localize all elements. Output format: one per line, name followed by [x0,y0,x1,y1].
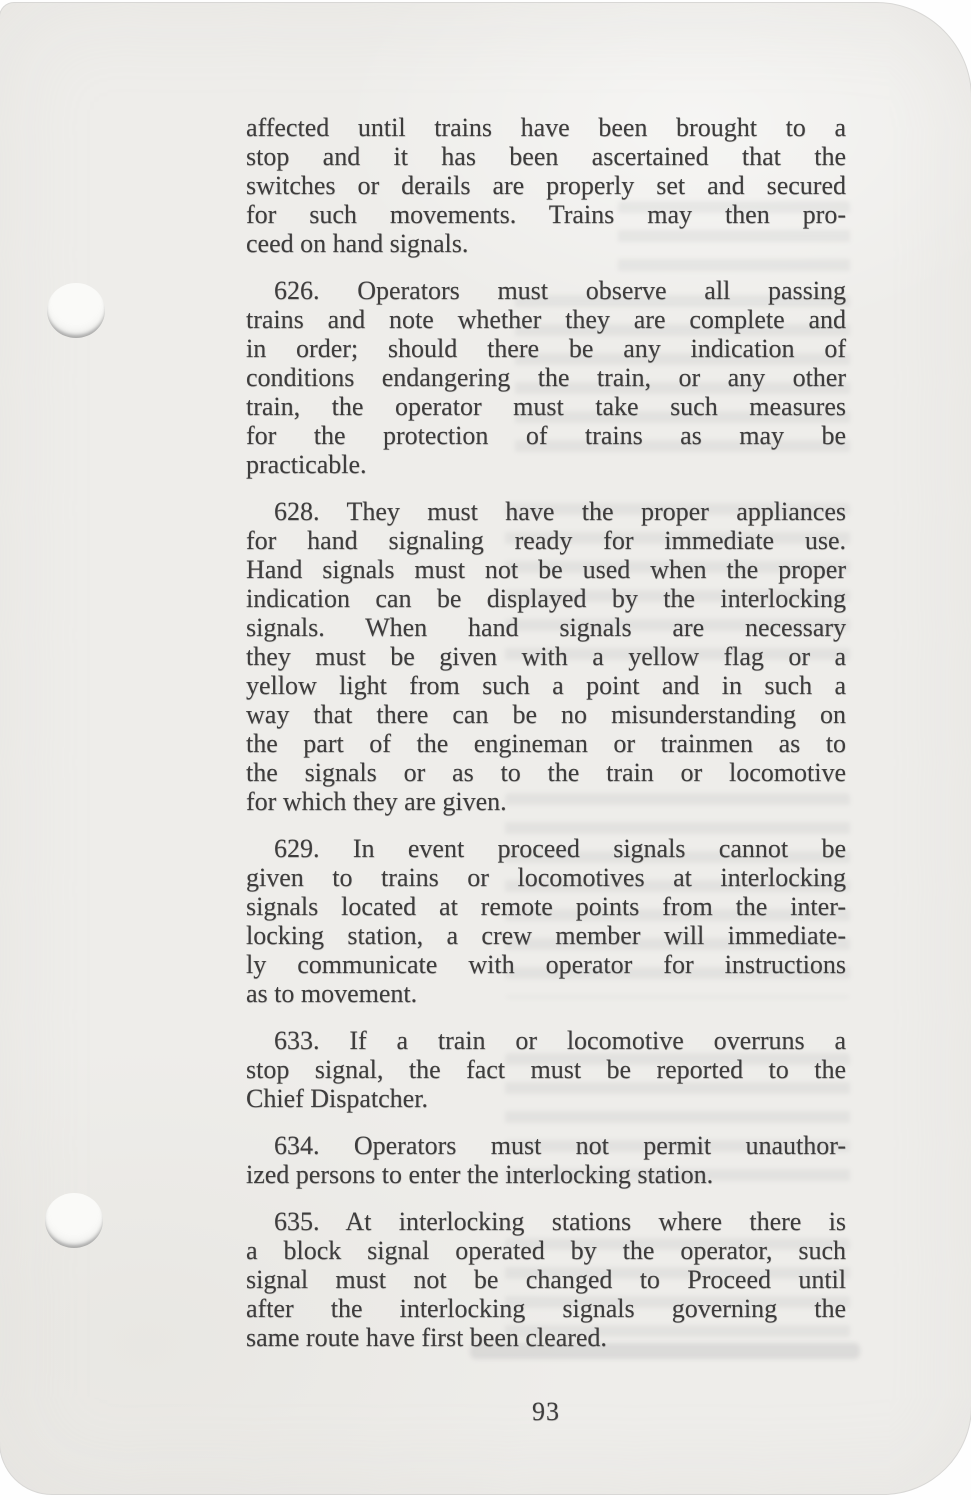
text-line: 628. They must have the proper appliance… [246,497,846,526]
paragraph: 626. Operators must observe all passingt… [246,276,846,479]
text-line: given to trains or locomotives at interl… [246,863,846,892]
text-line: they must be given with a yellow flag or… [246,642,846,671]
punch-hole-bottom [45,1193,103,1248]
text-line: ly communicate with operator for instruc… [246,950,846,979]
paragraph: affected until trains have been brought … [246,113,846,258]
text-line: 633. If a train or locomotive overruns a [246,1026,846,1055]
book-page: affected until trains have been brought … [0,3,971,1494]
text-line: 635. At interlocking stations where ther… [246,1207,846,1236]
text-line: ized persons to enter the interlocking s… [246,1160,846,1189]
text-line: the part of the engineman or trainmen as… [246,729,846,758]
text-line: 634. Operators must not permit unauthor- [246,1131,846,1160]
text-line: same route have first been cleared. [246,1323,846,1352]
page-number: 93 [246,1397,846,1427]
text-line: Chief Dispatcher. [246,1084,846,1113]
paragraph: 635. At interlocking stations where ther… [246,1207,846,1352]
text-line: stop and it has been ascertained that th… [246,142,846,171]
paragraph: 634. Operators must not permit unauthor-… [246,1131,846,1189]
page-text: affected until trains have been brought … [246,113,846,1352]
text-line: as to movement. [246,979,846,1008]
text-line: way that there can be no misunderstandin… [246,700,846,729]
text-line: practicable. [246,450,846,479]
text-line: locking station, a crew member will imme… [246,921,846,950]
text-line: for hand signaling ready for immediate u… [246,526,846,555]
text-line: for which they are given. [246,787,846,816]
text-line: ceed on hand signals. [246,229,846,258]
text-line: conditions endangering the train, or any… [246,363,846,392]
paragraph: 629. In event proceed signals cannot beg… [246,834,846,1008]
text-line: affected until trains have been brought … [246,113,846,142]
punch-hole-top [47,283,105,338]
text-line: Hand signals must not be used when the p… [246,555,846,584]
text-line: after the interlocking signals governing… [246,1294,846,1323]
text-line: the signals or as to the train or locomo… [246,758,846,787]
text-line: 626. Operators must observe all passing [246,276,846,305]
text-line: signals located at remote points from th… [246,892,846,921]
text-line: trains and note whether they are complet… [246,305,846,334]
text-line: for the protection of trains as may be [246,421,846,450]
text-line: signal must not be changed to Proceed un… [246,1265,846,1294]
text-line: indication can be displayed by the inter… [246,584,846,613]
text-line: for such movements. Trains may then pro- [246,200,846,229]
text-line: signals. When hand signals are necessary [246,613,846,642]
text-line: switches or derails are properly set and… [246,171,846,200]
text-line: stop signal, the fact must be reported t… [246,1055,846,1084]
text-line: 629. In event proceed signals cannot be [246,834,846,863]
text-line: train, the operator must take such measu… [246,392,846,421]
text-line: yellow light from such a point and in su… [246,671,846,700]
paragraph: 628. They must have the proper appliance… [246,497,846,816]
text-line: a block signal operated by the operator,… [246,1236,846,1265]
text-line: in order; should there be any indication… [246,334,846,363]
paragraph: 633. If a train or locomotive overruns a… [246,1026,846,1113]
